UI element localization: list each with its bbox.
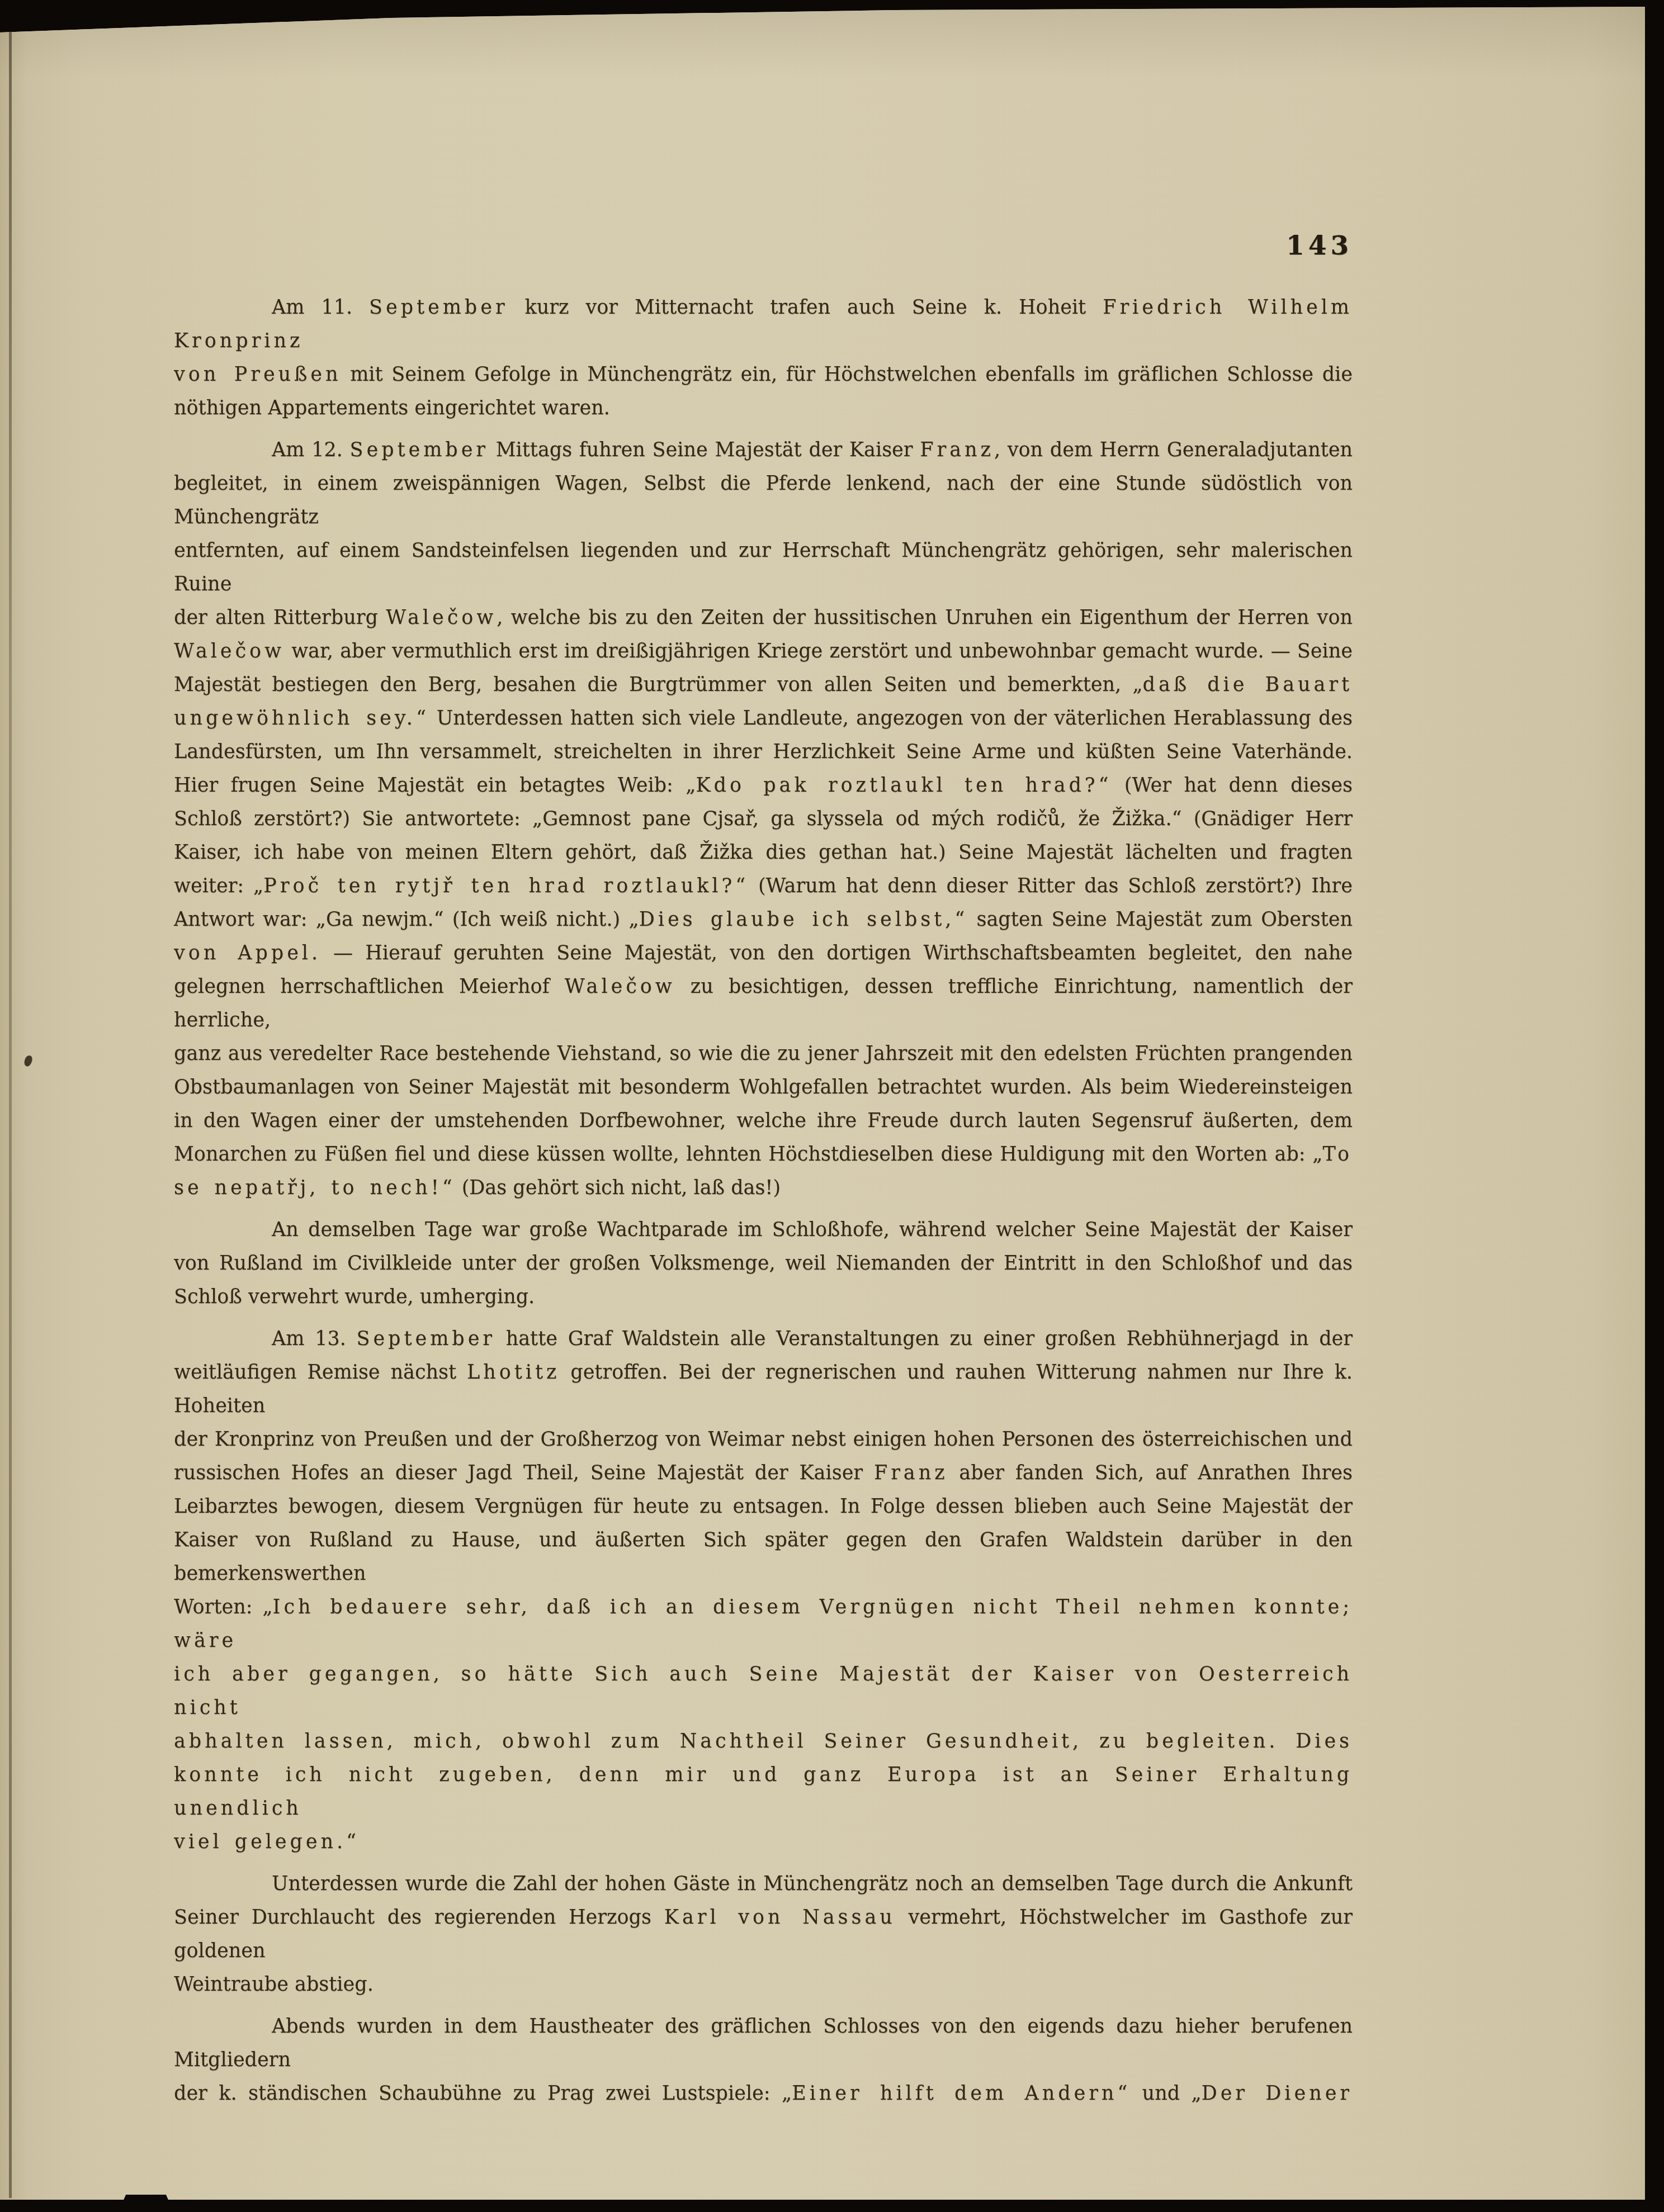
text-segment: An demselben Tage war große Wachtparade … (272, 1219, 1353, 1241)
text-line: Leibarztes bewogen, diesem Vergnügen für… (174, 1490, 1353, 1523)
text-segment: weiter: „ (174, 875, 263, 897)
text-line: von Rußland im Civilkleide unter der gro… (174, 1247, 1353, 1280)
text-segment: Monarchen zu Füßen fiel und diese küssen… (174, 1143, 1322, 1166)
emphasized-text-segment: September (350, 439, 489, 461)
text-segment: Leibarztes bewogen, diesem Vergnügen für… (174, 1495, 1353, 1518)
text-line: Antwort war: „Ga newjm.“ (Ich weiß nicht… (174, 903, 1353, 936)
text-segment: Abends wurden in dem Haustheater des grä… (174, 2015, 1353, 2071)
text-line: Weintraube abstieg. (174, 1968, 1353, 2001)
text-line: der k. ständischen Schaubühne zu Prag zw… (174, 2077, 1353, 2110)
emphasized-text-segment: ungewöhnlich sey.“ (174, 707, 429, 730)
text-segment: in den Wagen einer der umstehenden Dorfb… (174, 1110, 1353, 1132)
text-segment: Majestät bestiegen den Berg, besahen die… (174, 674, 1143, 696)
text-line: ungewöhnlich sey.“ Unterdessen hatten si… (174, 702, 1353, 735)
text-line: se nepatřj, to nech!“ (Das gehört sich n… (174, 1171, 1353, 1205)
emphasized-text-segment: konnte ich nicht zugeben, denn mir und g… (174, 1764, 1353, 1820)
text-segment: von Rußland im Civilkleide unter der gro… (174, 1252, 1353, 1275)
paragraph: Abends wurden in dem Haustheater des grä… (174, 2010, 1353, 2110)
emphasized-text-segment: viel gelegen.“ (174, 1831, 360, 1853)
text-segment: weitläufigen Remise nächst (174, 1361, 467, 1384)
emphasized-text-segment: ich aber gegangen, so hätte Sich auch Se… (174, 1663, 1353, 1719)
text-segment: Seiner Durchlaucht des regierenden Herzo… (174, 1906, 664, 1929)
emphasized-text-segment: Einer hilft dem Andern“ (792, 2082, 1131, 2105)
emphasized-text-segment: Proč ten rytjř ten hrad roztlaukl?“ (263, 875, 749, 897)
text-line: der Kronprinz von Preußen und der Großhe… (174, 1423, 1353, 1456)
text-line: weitläufigen Remise nächst Lhotitz getro… (174, 1356, 1353, 1423)
text-segment: Obstbaumanlagen von Seiner Majestät mit … (174, 1076, 1353, 1098)
text-segment: sagten Seine Majestät zum Obersten (968, 908, 1353, 931)
body-text-block: Am 11. September kurz vor Mitternacht tr… (174, 291, 1353, 2110)
text-line: von Appel. — Hierauf geruhten Seine Maje… (174, 936, 1353, 970)
text-segment: kurz vor Mitternacht trafen auch Seine k… (508, 296, 1103, 319)
text-segment: Worten: „ (174, 1596, 273, 1618)
text-line: Kaiser, ich habe von meinen Eltern gehör… (174, 836, 1353, 869)
text-segment: Schloß verwehrt wurde, umherging. (174, 1286, 535, 1308)
text-segment: war, aber vermuthlich erst im dreißigjäh… (285, 640, 1353, 662)
text-segment: Antwort war: „Ga newjm.“ (Ich weiß nicht… (174, 908, 639, 931)
text-segment: Am 12. (272, 439, 350, 461)
text-line: der alten Ritterburg Walečow, welche bis… (174, 601, 1353, 634)
emphasized-text-segment: Walečow (386, 607, 497, 629)
emphasized-text-segment: September (369, 296, 508, 319)
text-line: abhalten lassen, mich, obwohl zum Nachth… (174, 1725, 1353, 1758)
text-segment: , welche bis zu den Zeiten der hussitisc… (497, 607, 1353, 629)
emphasized-text-segment: Der Diener (1202, 2082, 1353, 2105)
text-line: Majestät bestiegen den Berg, besahen die… (174, 668, 1353, 702)
text-line: Seiner Durchlaucht des regierenden Herzo… (174, 1901, 1353, 1968)
emphasized-text-segment: Lhotitz (467, 1361, 560, 1384)
text-segment: entfernten, auf einem Sandsteinfelsen li… (174, 539, 1353, 595)
emphasized-text-segment: daß die Bauart (1143, 674, 1353, 696)
text-line: ich aber gegangen, so hätte Sich auch Se… (174, 1657, 1353, 1725)
book-page-scan: 143 Am 11. September kurz vor Mitternach… (0, 0, 1664, 2212)
text-line: in den Wagen einer der umstehenden Dorfb… (174, 1104, 1353, 1138)
text-segment: der k. ständischen Schaubühne zu Prag zw… (174, 2082, 792, 2105)
text-segment: Mittags fuhren Seine Majestät der Kaiser (489, 439, 920, 461)
text-line: Monarchen zu Füßen fiel und diese küssen… (174, 1138, 1353, 1171)
text-segment: und „ (1131, 2082, 1202, 2105)
text-line: konnte ich nicht zugeben, denn mir und g… (174, 1758, 1353, 1825)
text-line: Am 12. September Mittags fuhren Seine Ma… (174, 433, 1353, 467)
text-segment: der Kronprinz von Preußen und der Großhe… (174, 1428, 1353, 1451)
text-line: Kaiser von Rußland zu Hause, und äußerte… (174, 1523, 1353, 1590)
emphasized-text-segment: Franz (920, 439, 994, 461)
emphasized-text-segment: Franz (874, 1462, 948, 1484)
emphasized-text-segment: se nepatřj, to nech!“ (174, 1177, 456, 1199)
emphasized-text-segment: von Appel. (174, 942, 321, 964)
text-line: weiter: „Proč ten rytjř ten hrad roztlau… (174, 869, 1353, 903)
paper-page: 143 Am 11. September kurz vor Mitternach… (0, 0, 1645, 2200)
text-line: russischen Hofes an dieser Jagd Theil, S… (174, 1456, 1353, 1490)
book-gutter-shadow (9, 29, 12, 2198)
emphasized-text-segment: Walečow (174, 640, 285, 662)
text-segment: Hier frugen Seine Majestät ein betagtes … (174, 774, 696, 797)
paragraph: An demselben Tage war große Wachtparade … (174, 1213, 1353, 1314)
paragraph: Am 12. September Mittags fuhren Seine Ma… (174, 433, 1353, 1205)
text-segment: ganz aus veredelter Race bestehende Vieh… (174, 1043, 1353, 1065)
text-line: An demselben Tage war große Wachtparade … (174, 1213, 1353, 1247)
text-line: begleitet, in einem zweispännigen Wagen,… (174, 467, 1353, 534)
emphasized-text-segment: Kdo pak roztlaukl ten hrad?“ (696, 774, 1112, 797)
emphasized-text-segment: von Preußen (174, 363, 342, 386)
paragraph: Unterdessen wurde die Zahl der hohen Gäs… (174, 1867, 1353, 2001)
text-line: Schloß zerstört?) Sie antwortete: „Gemno… (174, 802, 1353, 836)
text-segment: Landesfürsten, um Ihn versammelt, streic… (174, 741, 1353, 763)
emphasized-text-segment: Karl von Nassau (664, 1906, 896, 1929)
text-line: Am 13. September hatte Graf Waldstein al… (174, 1322, 1353, 1356)
text-line: gelegnen herrschaftlichen Meierhof Waleč… (174, 970, 1353, 1037)
text-line: entfernten, auf einem Sandsteinfelsen li… (174, 534, 1353, 601)
text-segment: gelegnen herrschaftlichen Meierhof (174, 975, 565, 998)
text-line: von Preußen mit Seinem Gefolge in Münche… (174, 358, 1353, 391)
text-segment: mit Seinem Gefolge in Münchengrätz ein, … (342, 363, 1353, 386)
text-segment: Schloß zerstört?) Sie antwortete: „Gemno… (174, 808, 1353, 830)
text-segment: russischen Hofes an dieser Jagd Theil, S… (174, 1462, 874, 1484)
text-segment: nöthigen Appartements eingerichtet waren… (174, 397, 610, 419)
text-segment: aber fanden Sich, auf Anrathen Ihres (948, 1462, 1353, 1484)
paragraph: Am 11. September kurz vor Mitternacht tr… (174, 291, 1353, 425)
text-segment: (Das gehört sich nicht, laß das!) (456, 1177, 781, 1199)
emphasized-text-segment: Ich bedauere sehr, daß ich an diesem Ver… (174, 1596, 1353, 1652)
text-segment: (Wer hat denn dieses (1112, 774, 1353, 797)
ink-speck (23, 1055, 33, 1068)
text-segment: hatte Graf Waldstein alle Veranstaltunge… (495, 1328, 1353, 1350)
text-line: Unterdessen wurde die Zahl der hohen Gäs… (174, 1867, 1353, 1901)
text-segment: Weintraube abstieg. (174, 1973, 374, 1996)
text-segment: — Hierauf geruhten Seine Majestät, von d… (321, 942, 1353, 964)
text-line: nöthigen Appartements eingerichtet waren… (174, 391, 1353, 425)
paragraph: Am 13. September hatte Graf Waldstein al… (174, 1322, 1353, 1859)
text-segment: Am 13. (272, 1328, 357, 1350)
text-line: Worten: „Ich bedauere sehr, daß ich an d… (174, 1590, 1353, 1657)
emphasized-text-segment: To (1322, 1143, 1353, 1166)
text-line: Landesfürsten, um Ihn versammelt, streic… (174, 735, 1353, 769)
text-segment: Am 11. (272, 296, 369, 319)
emphasized-text-segment: Walečow (565, 975, 675, 998)
text-line: Abends wurden in dem Haustheater des grä… (174, 2010, 1353, 2077)
text-line: ganz aus veredelter Race bestehende Vieh… (174, 1037, 1353, 1071)
page-number: 143 (1286, 230, 1353, 261)
emphasized-text-segment: Dies glaube ich selbst,“ (639, 908, 968, 931)
text-segment: Unterdessen hatten sich viele Landleute,… (429, 707, 1353, 730)
emphasized-text-segment: abhalten lassen, mich, obwohl zum Nachth… (174, 1730, 1353, 1752)
text-segment: Kaiser von Rußland zu Hause, und äußerte… (174, 1529, 1353, 1585)
text-line: Obstbaumanlagen von Seiner Majestät mit … (174, 1071, 1353, 1104)
text-line: viel gelegen.“ (174, 1825, 1353, 1859)
text-segment: der alten Ritterburg (174, 607, 386, 629)
text-line: Hier frugen Seine Majestät ein betagtes … (174, 769, 1353, 802)
text-segment: (Warum hat denn dieser Ritter das Schloß… (749, 875, 1353, 897)
text-segment: begleitet, in einem zweispännigen Wagen,… (174, 472, 1353, 528)
text-line: Am 11. September kurz vor Mitternacht tr… (174, 291, 1353, 358)
text-segment: Kaiser, ich habe von meinen Eltern gehör… (174, 841, 1353, 864)
text-segment: Unterdessen wurde die Zahl der hohen Gäs… (272, 1873, 1353, 1895)
text-line: Schloß verwehrt wurde, umherging. (174, 1280, 1353, 1314)
text-line: Walečow war, aber vermuthlich erst im dr… (174, 634, 1353, 668)
emphasized-text-segment: September (357, 1328, 495, 1350)
text-segment: , von dem Herrn Generaladjutanten (994, 439, 1353, 461)
